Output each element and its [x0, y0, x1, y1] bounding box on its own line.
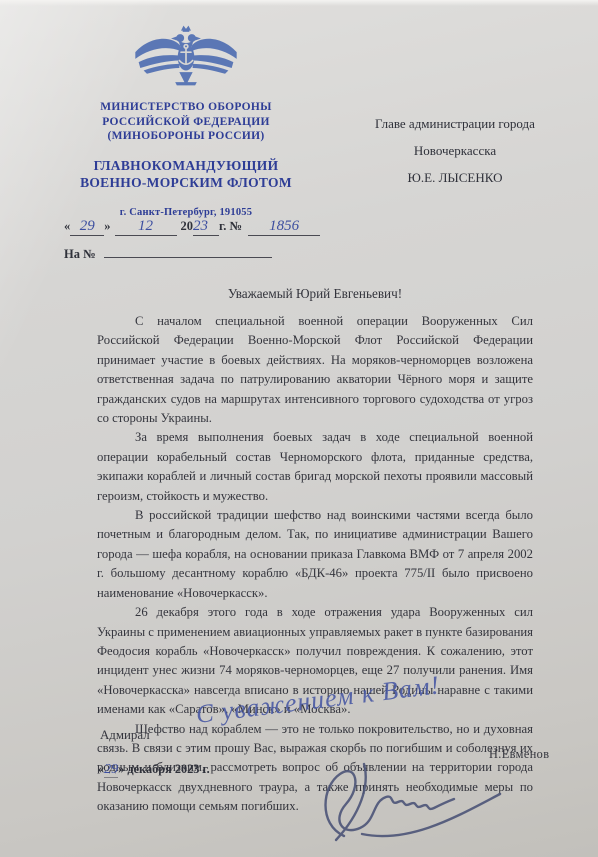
commander-title: ГЛАВНОКОМАНДУЮЩИЙ ВОЕННО-МОРСКИМ ФЛОТОМ: [50, 157, 322, 191]
handwritten-signature-icon: [300, 742, 510, 842]
scanned-letter-page: МИНИСТЕРСТВО ОБОРОНЫ РОССИЙСКОЙ ФЕДЕРАЦИ…: [0, 0, 598, 857]
letterhead: МИНИСТЕРСТВО ОБОРОНЫ РОССИЙСКОЙ ФЕДЕРАЦИ…: [50, 22, 322, 218]
commander-line: ГЛАВНОКОМАНДУЮЩИЙ: [50, 157, 322, 174]
year-prefix: 20: [181, 219, 194, 233]
reply-number-blank: [104, 257, 272, 258]
handwritten-signing-day: 29: [104, 762, 118, 778]
ministry-line: МИНИСТЕРСТВО ОБОРОНЫ: [50, 100, 322, 115]
paragraph: С началом специальной военной операции В…: [97, 312, 533, 428]
commander-line: ВОЕННО-МОРСКИМ ФЛОТОМ: [50, 174, 322, 191]
date-number-line: «29»122023г. №1856: [64, 218, 364, 236]
addressee-line: Главе администрации города: [335, 110, 575, 137]
addressee-block: Главе администрации города Новочеркасска…: [335, 110, 575, 191]
quote-close: »: [104, 219, 110, 233]
reply-to-line: На №: [64, 247, 364, 262]
handwritten-month: 12: [115, 218, 177, 236]
handwritten-outgoing-number: 1856: [248, 218, 320, 236]
addressee-line: Новочеркасска: [335, 137, 575, 164]
reply-to-label: На №: [64, 247, 96, 261]
ministry-line: (МИНОБОРОНЫ РОССИИ): [50, 129, 322, 144]
number-sign-label: г. №: [219, 219, 242, 233]
ministry-line: РОССИЙСКОЙ ФЕДЕРАЦИИ: [50, 115, 322, 130]
reference-block: «29»122023г. №1856 На №: [64, 218, 364, 262]
letter-body: С началом специальной военной операции В…: [97, 312, 533, 817]
handwritten-day: 29: [70, 218, 104, 236]
signer-rank: Адмирал: [100, 728, 150, 743]
signing-date-line: «29» декабря 2023 г.: [98, 762, 210, 778]
double-eagle-emblem-icon: [132, 22, 240, 94]
date-rest: » декабря 2023 г.: [118, 762, 210, 776]
signer-name: Н.Евменов: [489, 747, 549, 762]
letterhead-city: г. Санкт-Петербург, 191055: [50, 207, 322, 218]
addressee-name: Ю.Е. ЛЫСЕНКО: [335, 164, 575, 191]
salutation: Уважаемый Юрий Евгеньевич!: [97, 286, 533, 302]
paragraph: За время выполнения боевых задач в ходе …: [97, 428, 533, 506]
ministry-name: МИНИСТЕРСТВО ОБОРОНЫ РОССИЙСКОЙ ФЕДЕРАЦИ…: [50, 100, 322, 144]
handwritten-year: 23: [193, 218, 219, 236]
paragraph: В российской традиции шефство над воинск…: [97, 506, 533, 603]
